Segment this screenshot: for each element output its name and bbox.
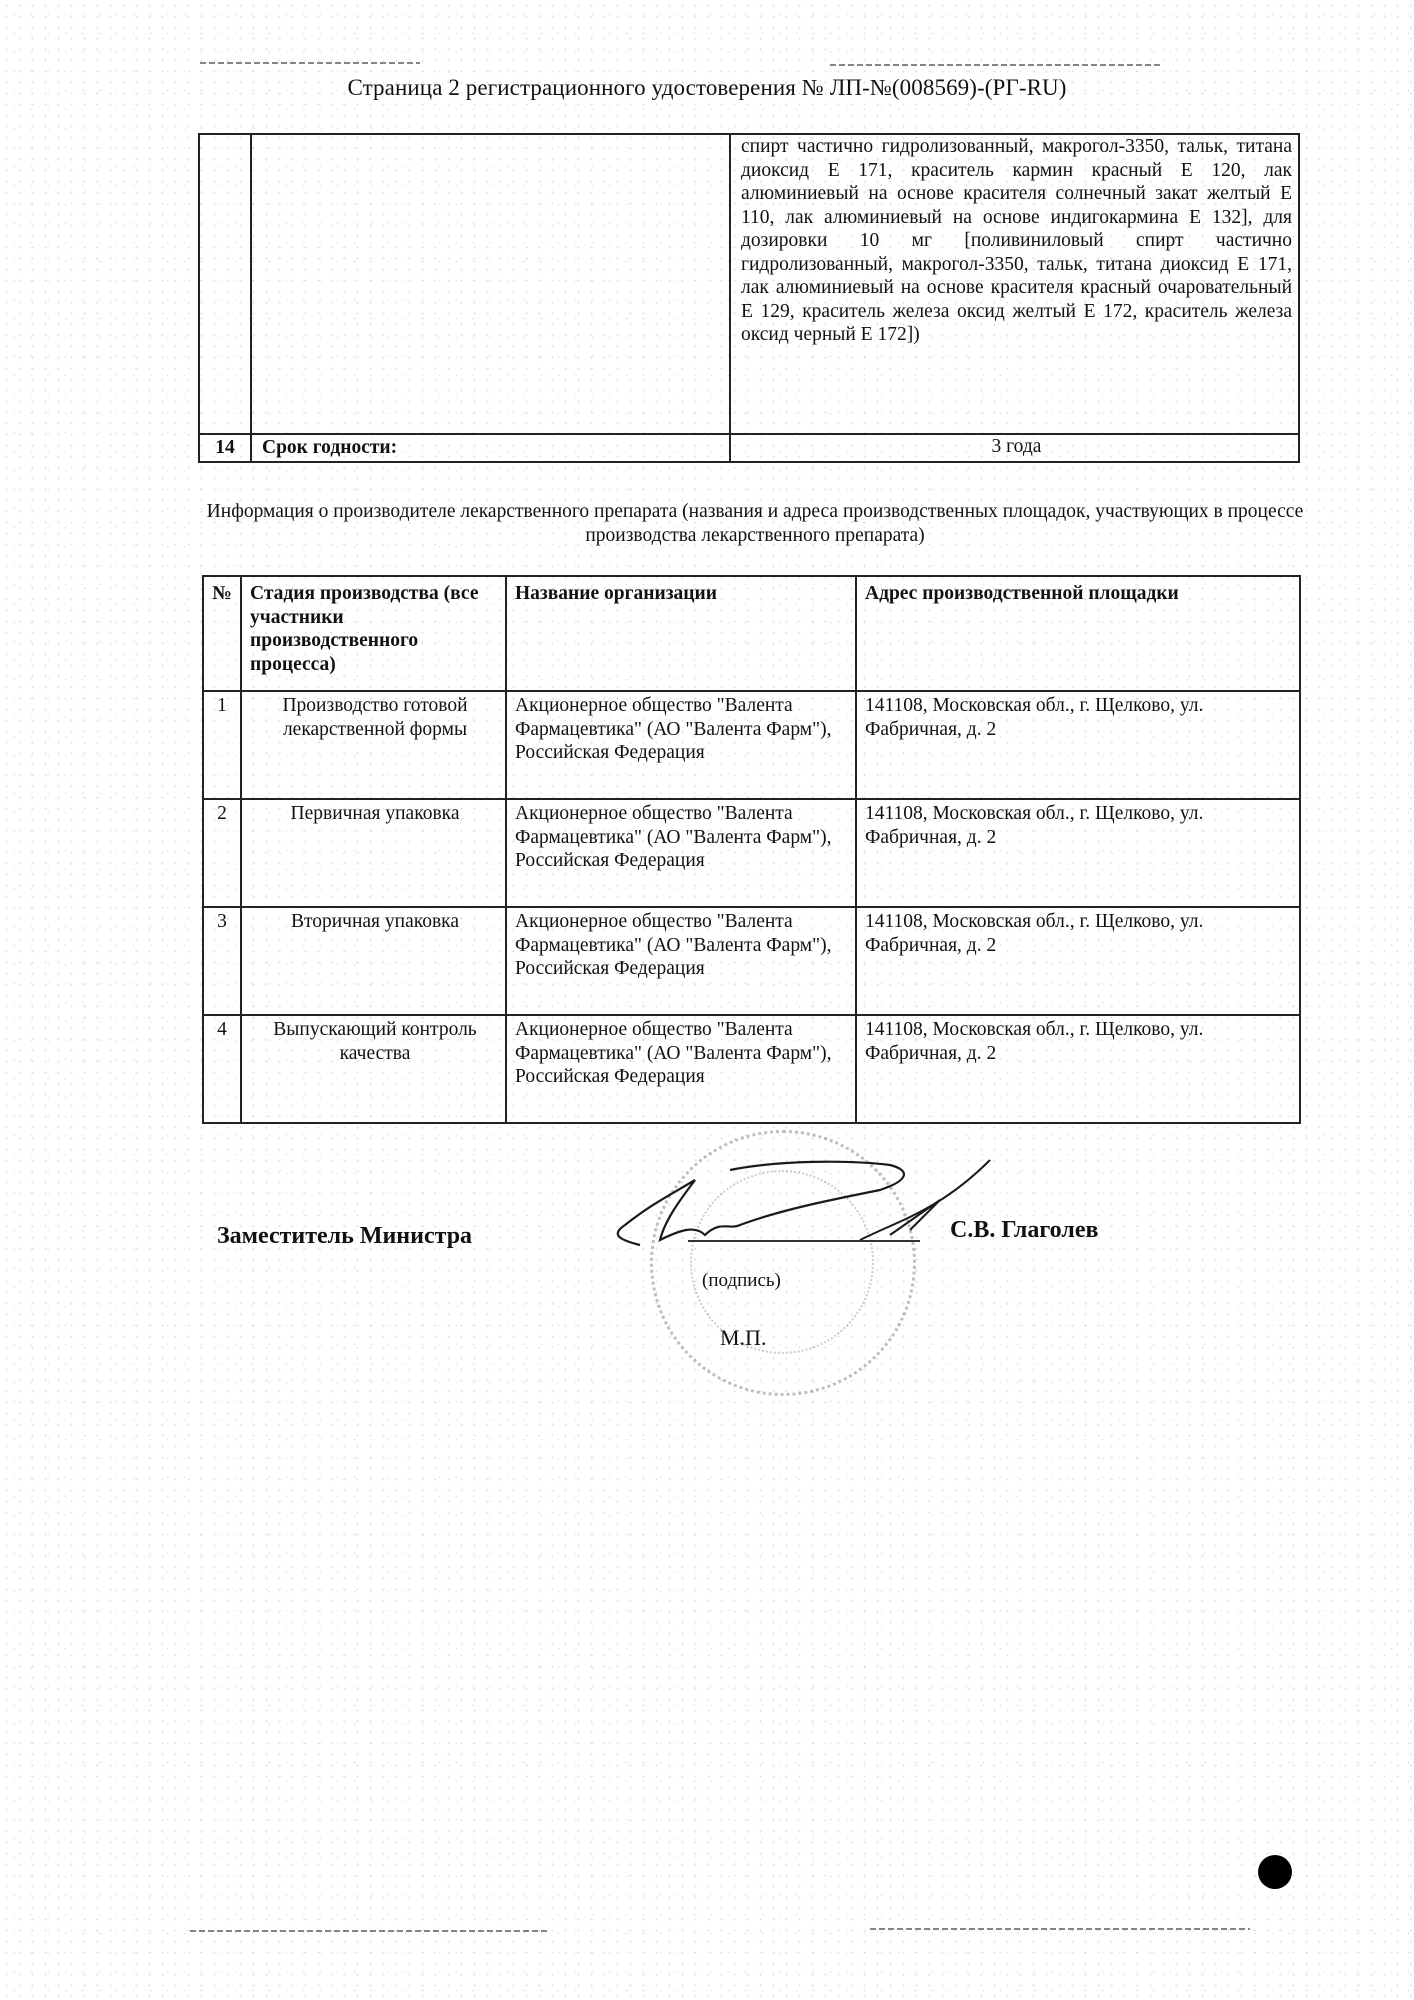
table-header-row: № Стадия производства (все участники про… xyxy=(203,576,1300,691)
table-row: 2 Первичная упаковка Акционерное обществ… xyxy=(203,799,1300,907)
table-row: 3 Вторичная упаковка Акционерное обществ… xyxy=(203,907,1300,1015)
table-row: 4 Выпускающий контроль качества Акционер… xyxy=(203,1015,1300,1123)
column-header-organization: Название организации xyxy=(506,576,856,691)
row-number: 2 xyxy=(203,799,241,907)
table-row: спирт частично гидролизованный, макрогол… xyxy=(199,134,1299,434)
site-address: 141108, Московская обл., г. Щелково, ул.… xyxy=(856,1015,1300,1123)
table-row-shelf-life: 14 Срок годности: 3 года xyxy=(199,434,1299,462)
row-number: 4 xyxy=(203,1015,241,1123)
column-header-stage: Стадия производства (все участники произ… xyxy=(241,576,506,691)
column-header-number: № xyxy=(203,576,241,691)
hole-punch-mark xyxy=(1258,1855,1292,1889)
row-label xyxy=(251,134,730,434)
row-number: 3 xyxy=(203,907,241,1015)
row-number: 1 xyxy=(203,691,241,799)
stamp-mark-label: М.П. xyxy=(720,1325,766,1351)
signatory-name: С.В. Глаголев xyxy=(950,1217,1098,1244)
production-stage: Первичная упаковка xyxy=(241,799,506,907)
signatory-role: Заместитель Министра xyxy=(217,1223,472,1250)
organization-name: Акционерное общество "Валента Фармацевти… xyxy=(506,907,856,1015)
manufacturer-section-caption: Информация о производителе лекарственног… xyxy=(190,500,1320,548)
scan-artifact xyxy=(870,1928,1250,1930)
page-header-title: Страница 2 регистрационного удостоверени… xyxy=(0,75,1414,101)
organization-name: Акционерное общество "Валента Фармацевти… xyxy=(506,799,856,907)
manufacturer-table: № Стадия производства (все участники про… xyxy=(202,575,1301,1124)
organization-name: Акционерное общество "Валента Фармацевти… xyxy=(506,1015,856,1123)
scan-artifact xyxy=(190,1930,550,1932)
production-stage: Производство готовой лекарственной формы xyxy=(241,691,506,799)
site-address: 141108, Московская обл., г. Щелково, ул.… xyxy=(856,799,1300,907)
scan-artifact xyxy=(200,62,420,64)
handwritten-signature xyxy=(610,1140,1030,1270)
excipients-value: спирт частично гидролизованный, макрогол… xyxy=(730,134,1299,434)
column-header-address: Адрес производственной площадки xyxy=(856,576,1300,691)
organization-name: Акционерное общество "Валента Фармацевти… xyxy=(506,691,856,799)
row-number xyxy=(199,134,251,434)
site-address: 141108, Московская обл., г. Щелково, ул.… xyxy=(856,907,1300,1015)
shelf-life-label: Срок годности: xyxy=(251,434,730,462)
signature-line xyxy=(688,1240,920,1242)
production-stage: Вторичная упаковка xyxy=(241,907,506,1015)
signature-hint: (подпись) xyxy=(702,1270,781,1292)
production-stage: Выпускающий контроль качества xyxy=(241,1015,506,1123)
scan-artifact xyxy=(830,64,1160,66)
composition-table: спирт частично гидролизованный, макрогол… xyxy=(198,133,1300,463)
site-address: 141108, Московская обл., г. Щелково, ул.… xyxy=(856,691,1300,799)
row-number: 14 xyxy=(199,434,251,462)
shelf-life-value: 3 года xyxy=(730,434,1299,462)
table-row: 1 Производство готовой лекарственной фор… xyxy=(203,691,1300,799)
